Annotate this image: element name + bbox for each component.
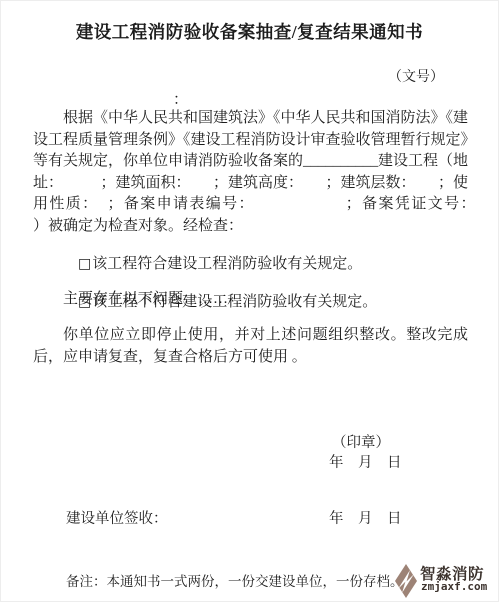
doc-number-placeholder: （文号）: [388, 66, 444, 86]
intro-paragraph: 根据《中华人民共和国建筑法》《中华人民共和国消防法》《建设工程质量管理条例》《建…: [33, 108, 468, 238]
signoff-date-line: 年 月 日: [329, 507, 402, 528]
seal-placeholder: （印章）: [332, 431, 390, 452]
diamond-arrow-icon: [394, 563, 418, 599]
issue-date-line: 年 月 日: [329, 451, 402, 472]
notice-document: 建设工程消防验收备案抽查/复查结果通知书 （文号） ： 根据《中华人民共和国建筑…: [0, 0, 499, 602]
signoff-label: 建设单位签收：: [66, 507, 168, 528]
footnote: 备注：本通知书一式两份，一份交建设单位，一份存档。: [66, 570, 404, 590]
document-title: 建设工程消防验收备案抽查/复查结果通知书: [1, 19, 498, 44]
recipient-colon: ：: [173, 88, 188, 109]
site-watermark: 智淼消防 zmjaxf.com: [394, 560, 492, 600]
rectification-paragraph: 你单位应立即停止使用，并对上述问题组织整改。整改完成后，应申请复查，复查合格后方…: [33, 325, 468, 368]
issues-line: 主要存在以下问题：……: [63, 289, 228, 311]
watermark-site-text: zmjaxf.com: [421, 580, 487, 593]
